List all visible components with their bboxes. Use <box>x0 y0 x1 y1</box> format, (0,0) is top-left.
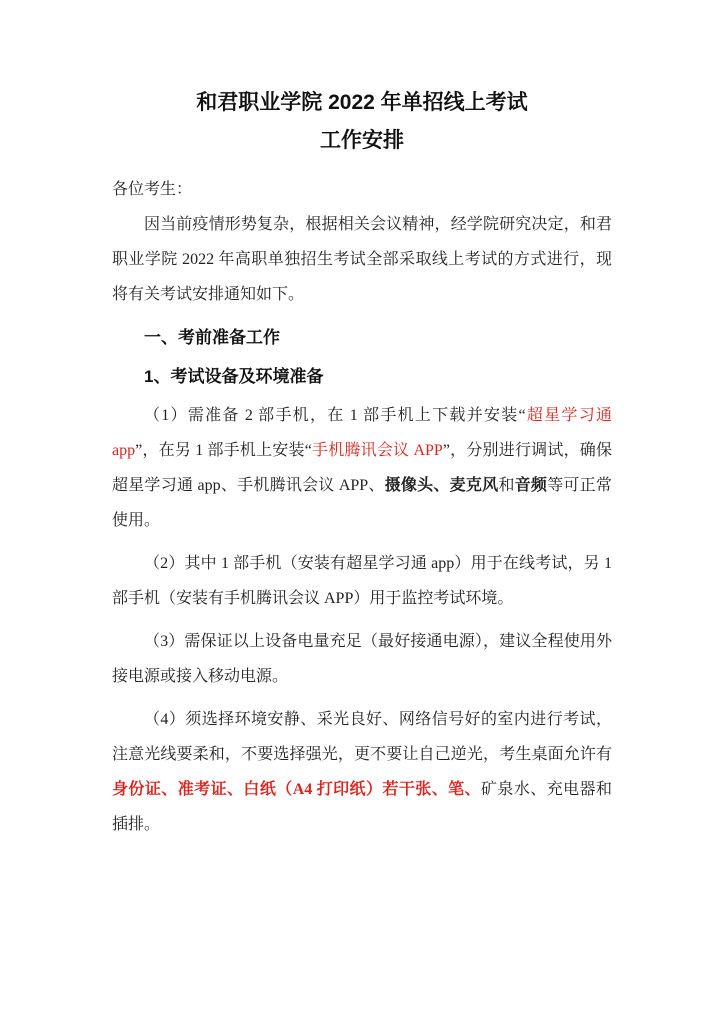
section-1-heading: 一、考前准备工作 <box>112 320 612 355</box>
item-1-text-d: 和 <box>498 477 514 494</box>
subsection-1-heading: 1、考试设备及环境准备 <box>112 359 612 394</box>
device-audio: 音频 <box>515 477 548 494</box>
salutation: 各位考生： <box>112 172 612 207</box>
allowed-desk-items: 身份证、准考证、白纸（A4 打印纸）若干张、笔、 <box>112 781 481 798</box>
item-1-text-b: ”，在另 1 部手机上安装“ <box>135 442 312 459</box>
document-title-line-2: 工作安排 <box>112 122 612 160</box>
document-title: 和君职业学院 2022 年单招线上考试 工作安排 <box>112 84 612 160</box>
item-1-text-a: （1）需准备 2 部手机，在 1 部手机上下载并安装“ <box>144 407 526 424</box>
document-page: 和君职业学院 2022 年单招线上考试 工作安排 各位考生： 因当前疫情形势复杂… <box>0 0 724 1024</box>
item-3-paragraph: （3）需保证以上设备电量充足（最好接通电源），建议全程使用外接电源或接入移动电源… <box>112 624 612 694</box>
item-4-text-a: （4）须选择环境安静、采光良好、网络信号好的室内进行考试，注意光线要柔和，不要选… <box>112 711 612 763</box>
device-camera-microphone: 摄像头、麦克风 <box>385 477 499 494</box>
intro-paragraph: 因当前疫情形势复杂，根据相关会议精神，经学院研究决定，和君职业学院 2022 年… <box>112 207 612 312</box>
item-2-paragraph: （2）其中 1 部手机（安装有超星学习通 app）用于在线考试，另 1 部手机（… <box>112 546 612 616</box>
item-4-paragraph: （4）须选择环境安静、采光良好、网络信号好的室内进行考试，注意光线要柔和，不要选… <box>112 702 612 842</box>
app-name-tencent-meeting: 手机腾讯会议 APP <box>312 442 443 459</box>
item-1-paragraph: （1）需准备 2 部手机，在 1 部手机上下载并安装“超星学习通 app”，在另… <box>112 398 612 538</box>
document-title-line-1: 和君职业学院 2022 年单招线上考试 <box>112 84 612 122</box>
